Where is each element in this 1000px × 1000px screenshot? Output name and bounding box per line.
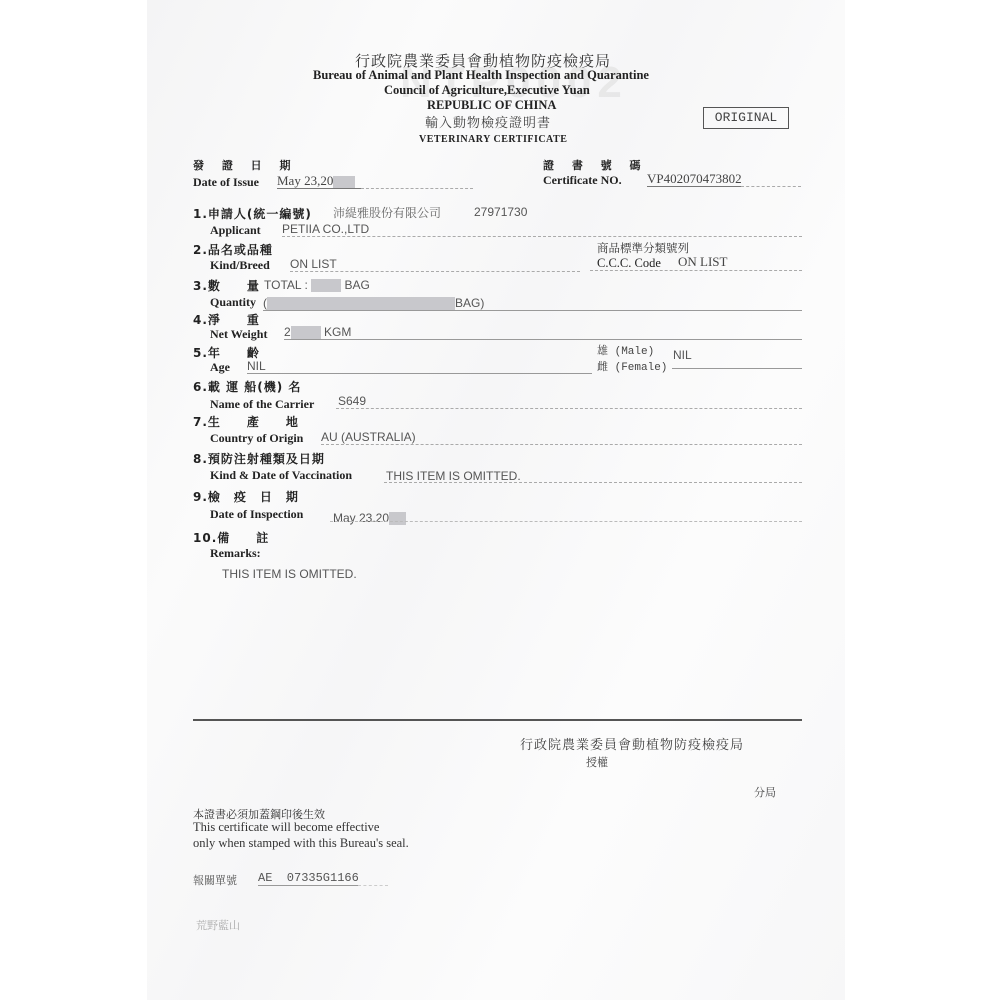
origin-value: AU (AUSTRALIA) — [321, 430, 416, 444]
certificate-no-label-cn: 證 書 號 碼 — [543, 157, 642, 173]
redacted-block — [291, 326, 321, 339]
redacted-block — [333, 176, 355, 189]
net-weight-unit: KGM — [324, 325, 351, 339]
quantity-detail: (BAG) — [263, 296, 484, 310]
declaration-label-cn: 報關單號 — [193, 872, 237, 888]
vaccination-label: Kind & Date of Vaccination — [210, 468, 352, 483]
net-weight-label-cn: 4.淨 重 — [193, 311, 260, 328]
carrier-label-cn: 6.載 運 船(機) 名 — [193, 378, 301, 395]
issue-date-value: May 23,20 — [277, 173, 355, 189]
quantity-label-cn: 3.數 量 — [193, 277, 260, 294]
council-title: Council of Agriculture,Executive Yuan — [384, 83, 590, 98]
applicant-label: Applicant — [210, 223, 261, 238]
notice-en-line2: only when stamped with this Bureau's sea… — [193, 836, 409, 851]
origin-label: Country of Origin — [210, 431, 303, 446]
certificate-no-label: Certificate NO. — [543, 173, 622, 188]
redacted-block — [267, 297, 455, 310]
certificate-title-en: VETERINARY CERTIFICATE — [419, 134, 567, 145]
inspection-label: Date of Inspection — [210, 507, 303, 522]
remarks-label-cn: 10.備 註 — [193, 529, 269, 546]
footer-divider — [193, 719, 802, 721]
declaration-value: AE 07335G1166 — [258, 871, 359, 885]
carrier-value: S649 — [338, 394, 366, 408]
male-label: 雄 (Male) — [597, 342, 654, 358]
notice-en-line1: This certificate will become effective — [193, 820, 379, 835]
authorized-cn: 授權 — [586, 754, 608, 770]
quantity-total: TOTAL : BAG — [264, 278, 370, 292]
issue-date-text: May 23,20 — [277, 173, 333, 188]
issue-date-label: Date of Issue — [193, 175, 259, 190]
redacted-block — [389, 512, 406, 525]
inspection-date-text: May 23.20 — [333, 511, 389, 525]
country-title: REPUBLIC OF CHINA — [427, 98, 556, 113]
sex-value: NIL — [673, 348, 692, 362]
agency-title-en: Bureau of Animal and Plant Health Inspec… — [313, 68, 649, 83]
branch-cn: 分局 — [754, 784, 776, 800]
age-value: NIL — [247, 359, 266, 373]
inspection-value: May 23.20 — [333, 511, 406, 525]
remarks-label: Remarks: — [210, 546, 261, 561]
net-weight-prefix: 2 — [284, 325, 291, 339]
certificate-no-value: VP402070473802 — [647, 171, 742, 187]
kind-breed-label: Kind/Breed — [210, 258, 270, 273]
net-weight-value: 2 KGM — [284, 325, 351, 339]
remarks-value: THIS ITEM IS OMITTED. — [222, 567, 357, 581]
vaccination-value: THIS ITEM IS OMITTED. — [386, 469, 521, 483]
age-label: Age — [210, 360, 230, 375]
origin-label-cn: 7.生 產 地 — [193, 413, 299, 430]
kind-breed-value: ON LIST — [290, 257, 337, 271]
issue-date-label-cn: 發 證 日 期 — [193, 157, 292, 173]
ccc-code-label-cn: 商品標準分類號列 — [597, 240, 689, 256]
applicant-label-cn: 1.申請人(統一編號) — [193, 205, 312, 222]
original-stamp: ORIGINAL — [703, 107, 789, 129]
quantity-total-prefix: TOTAL : — [264, 278, 308, 292]
net-weight-label: Net Weight — [210, 327, 267, 342]
redacted-block — [311, 279, 341, 292]
female-label: 雌 (Female) — [597, 358, 667, 374]
carrier-label: Name of the Carrier — [210, 397, 314, 412]
applicant-name-cn: 沛緹雅股份有限公司 — [333, 204, 441, 221]
inspection-label-cn: 9.檢 疫 日 期 — [193, 488, 299, 505]
signature-mark: 荒野藍山 — [196, 917, 240, 933]
quantity-detail-suffix: BAG) — [455, 296, 484, 310]
ccc-code-label: C.C.C. Code — [597, 256, 661, 271]
applicant-id-number: 27971730 — [474, 205, 527, 219]
authority-cn: 行政院農業委員會動植物防疫檢疫局 — [520, 734, 744, 753]
certificate-title-cn: 輸入動物檢疫證明書 — [425, 112, 551, 131]
kind-breed-label-cn: 2.品名或品種 — [193, 241, 273, 258]
ccc-code-value: ON LIST — [678, 254, 727, 270]
vaccination-label-cn: 8.預防注射種類及日期 — [193, 450, 325, 467]
quantity-total-unit: BAG — [344, 278, 369, 292]
applicant-value: PETIIA CO.,LTD — [282, 222, 369, 236]
quantity-label: Quantity — [210, 295, 256, 310]
